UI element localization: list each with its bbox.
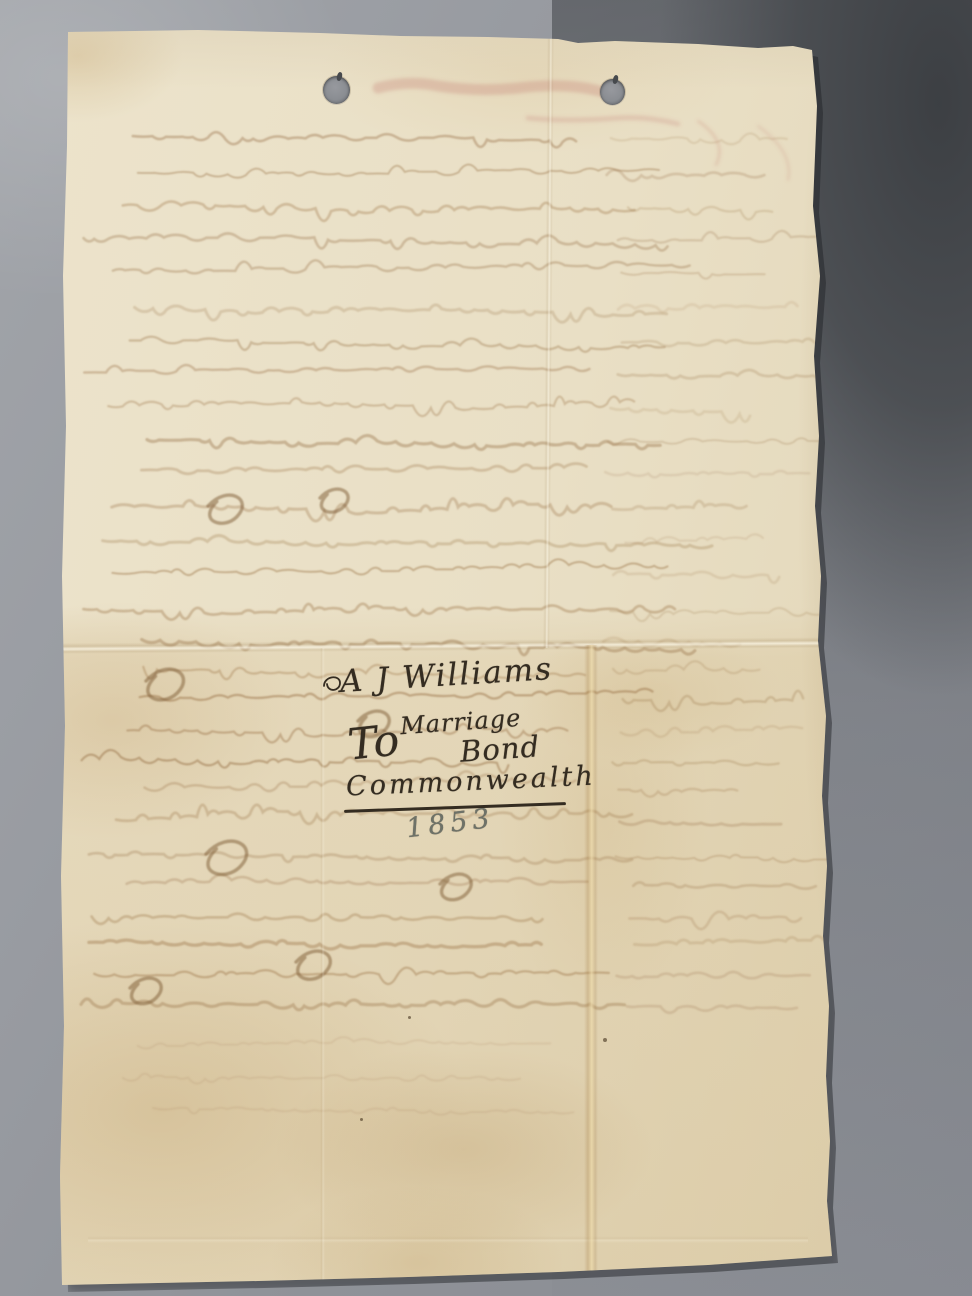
punch-hole-left (323, 76, 350, 104)
punch-hole-notch (612, 75, 619, 85)
docket-to-word: To (346, 715, 402, 770)
document-paper: A J Williams Marriage To Bond Commonweal… (58, 26, 838, 1288)
faded-red-stamp (378, 83, 789, 180)
ink-speck (408, 1016, 411, 1019)
ink-speck (360, 1118, 363, 1121)
docket-name: A J Williams (339, 651, 554, 700)
docket-label-block: A J Williams Marriage To Bond Commonweal… (318, 656, 628, 886)
punch-hole-right (600, 79, 625, 105)
punch-hole-notch (336, 72, 343, 82)
photograph-scene: A J Williams Marriage To Bond Commonweal… (0, 0, 972, 1296)
ink-speck (603, 1038, 607, 1042)
